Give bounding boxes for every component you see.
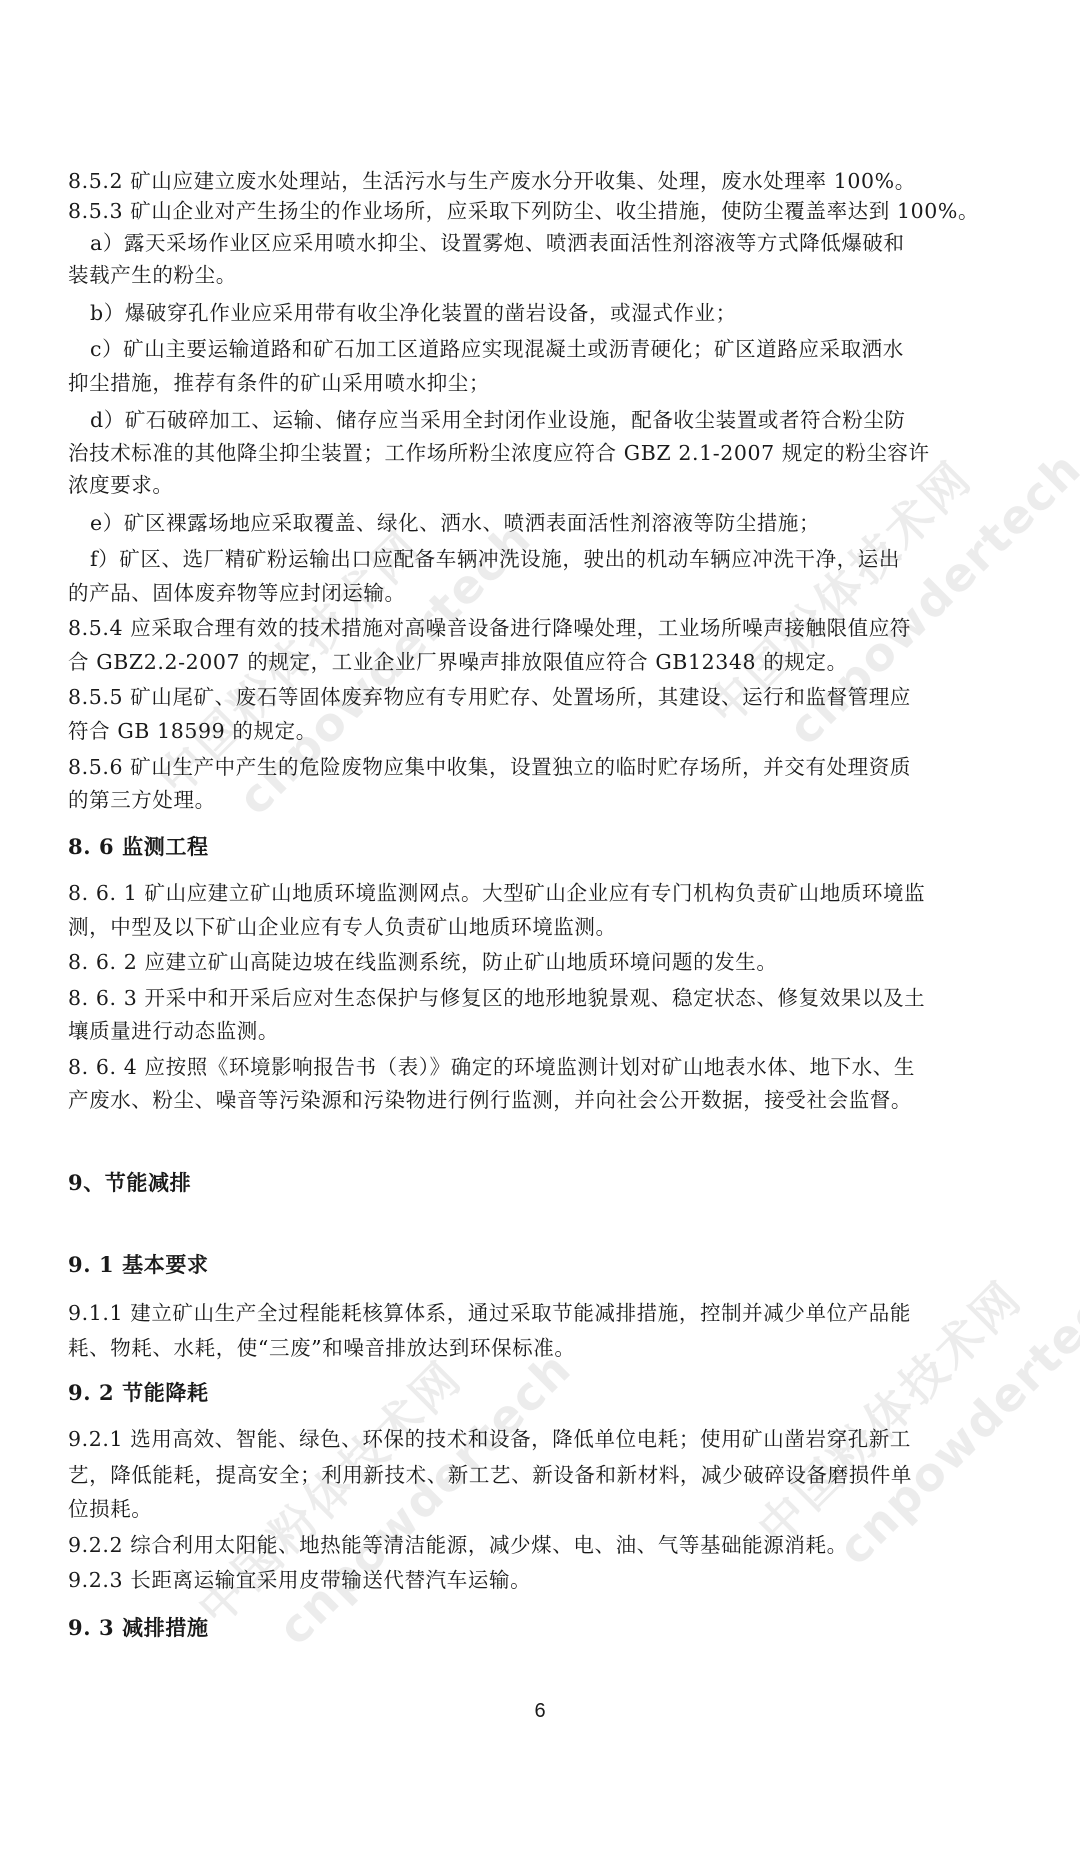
document-page: 中国粉体技术网 cnpowdertech 中国粉体技术网 cnpowdertec… [0,0,1080,1862]
paragraph-line: f）矿区、选厂精矿粉运输出口应配备车辆冲洗设施，驶出的机动车辆应冲洗干净，运出 [90,544,900,574]
paragraph-line: 的第三方处理。 [68,785,216,815]
paragraph-line: 装载产生的粉尘。 [68,260,237,290]
paragraph-line: 8.5.4 应采取合理有效的技术措施对高噪音设备进行降噪处理，工业场所噪声接触限… [68,613,911,643]
paragraph-line: 抑尘措施，推荐有条件的矿山采用喷水抑尘； [68,368,490,398]
section-heading: 8. 6 监测工程 [68,832,209,862]
paragraph-line: 浓度要求。 [68,470,174,500]
paragraph-line: 8.5.2 矿山应建立废水处理站，生活污水与生产废水分开收集、处理，废水处理率 … [68,166,916,196]
paragraph-line: 8. 6. 3 开采中和开采后应对生态保护与修复区的地形地貌景观、稳定状态、修复… [68,983,925,1013]
paragraph-line: 的产品、固体废弃物等应封闭运输。 [68,578,406,608]
paragraph-line: 9.2.3 长距离运输宜采用皮带输送代替汽车运输。 [68,1565,531,1595]
paragraph-line: 测，中型及以下矿山企业应有专人负责矿山地质环境监测。 [68,912,617,942]
paragraph-line: 壤质量进行动态监测。 [68,1016,279,1046]
paragraph-line: 8. 6. 4 应按照《环境影响报告书（表）》确定的环境监测计划对矿山地表水体、… [68,1052,915,1082]
paragraph-line: 8.5.6 矿山生产中产生的危险废物应集中收集，设置独立的临时贮存场所，并交有处… [68,752,911,782]
paragraph-line: 9.2.2 综合利用太阳能、地热能等清洁能源，减少煤、电、油、气等基础能源消耗。 [68,1530,848,1560]
paragraph-line: 8.5.5 矿山尾矿、废石等固体废弃物应有专用贮存、处置场所，其建设、运行和监督… [68,682,911,712]
paragraph-line: e）矿区裸露场地应采取覆盖、绿化、洒水、喷洒表面活性剂溶液等防尘措施； [90,508,820,538]
section-heading: 9. 3 减排措施 [68,1613,209,1643]
page-number: 6 [0,1700,1080,1723]
paragraph-line: 位损耗。 [68,1494,152,1524]
section-heading: 9. 1 基本要求 [68,1250,209,1280]
paragraph-line: d）矿石破碎加工、运输、储存应当采用全封闭作业设施，配备收尘装置或者符合粉尘防 [90,405,906,435]
paragraph-line: 9.2.1 选用高效、智能、绿色、环保的技术和设备，降低单位电耗；使用矿山凿岩穿… [68,1424,911,1454]
paragraph-line: 8. 6. 1 矿山应建立矿山地质环境监测网点。大型矿山企业应有专门机构负责矿山… [68,878,925,908]
paragraph-line: 产废水、粉尘、噪音等污染源和污染物进行例行监测，并向社会公开数据，接受社会监督。 [68,1085,912,1115]
paragraph-line: 8.5.3 矿山企业对产生扬尘的作业场所，应采取下列防尘、收尘措施，使防尘覆盖率… [68,196,979,226]
paragraph-line: a）露天采场作业区应采用喷水抑尘、设置雾炮、喷洒表面活性剂溶液等方式降低爆破和 [90,228,905,258]
paragraph-line: 治技术标准的其他降尘抑尘装置；工作场所粉尘浓度应符合 GBZ 2.1-2007 … [68,438,930,468]
paragraph-line: 9.1.1 建立矿山生产全过程能耗核算体系，通过采取节能减排措施，控制并减少单位… [68,1298,911,1328]
paragraph-line: c）矿山主要运输道路和矿石加工区道路应实现混凝土或沥青硬化；矿区道路应采取洒水 [90,334,904,364]
paragraph-line: 艺，降低能耗，提高安全；利用新技术、新工艺、新设备和新材料，减少破碎设备磨损件单 [68,1460,912,1490]
section-heading: 9、节能减排 [68,1168,191,1198]
watermark-text-en: cnpowdertech [270,1343,579,1652]
paragraph-line: b）爆破穿孔作业应采用带有收尘净化装置的凿岩设备，或湿式作业； [90,298,737,328]
paragraph-line: 符合 GB 18599 的规定。 [68,716,317,746]
paragraph-line: 合 GBZ2.2-2007 的规定，工业企业厂界噪声排放限值应符合 GB1234… [68,647,848,677]
paragraph-line: 8. 6. 2 应建立矿山高陡边坡在线监测系统，防止矿山地质环境问题的发生。 [68,947,778,977]
paragraph-line: 耗、物耗、水耗，使“三废”和噪音排放达到环保标准。 [68,1333,575,1363]
section-heading: 9. 2 节能降耗 [68,1378,209,1408]
